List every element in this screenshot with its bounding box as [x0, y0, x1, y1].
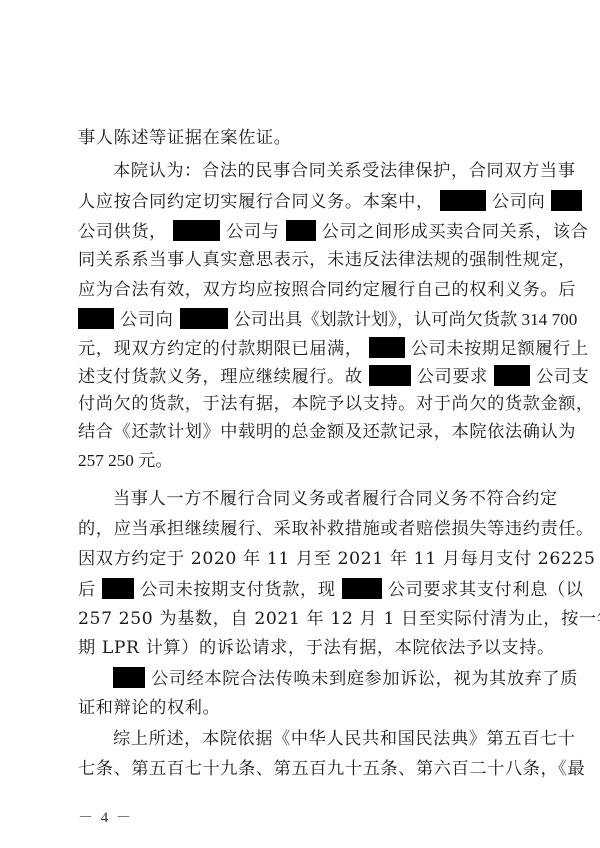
line-text: 公司供货， [78, 222, 167, 242]
line-text: 当事人一方不履行合同义务或者履行合同义务不符合约定 [113, 489, 558, 509]
line-text: 因双方约定于 2020 年 11 月至 2021 年 11 月每月支付 2622… [78, 549, 600, 569]
redaction-box [440, 190, 486, 211]
line-text: 人应按合同约定切实履行合同义务。本案中， [78, 192, 434, 212]
redaction-box [173, 220, 220, 241]
line-text: 公司未按期足额履行上 [411, 339, 589, 359]
text-line: 因双方约定于 2020 年 11 月至 2021 年 11 月每月支付 2622… [78, 548, 524, 570]
line-text: 公司出具《划款计划》，认可尚欠货款 314 700 [234, 310, 578, 329]
line-text: 事人陈述等证据在案佐证。 [78, 128, 291, 148]
text-line: 付尚欠的货款，于法有据，本院予以支持。对于尚欠的货款金额， [78, 393, 524, 415]
text-line: 事人陈述等证据在案佐证。 [78, 127, 524, 149]
text-line: 人应按合同约定切实履行合同义务。本案中， 公司向 [78, 190, 524, 212]
text-line: 公司向 公司出具《划款计划》，认可尚欠货款 314 700 [78, 308, 524, 330]
line-text: 结合《还款计划》中载明的总金额及还款记录，本院依法确认为 [78, 422, 576, 442]
line-text: 应为合法有效，双方均应按照合同约定履行自己的权利义务。后 [78, 280, 576, 300]
page-number: － 4 － [78, 806, 133, 827]
amount-text: 257 250 元。 [78, 451, 173, 470]
line-text: 公司经本院合法传唤未到庭参加诉讼，视为其放弃了质 [151, 669, 578, 689]
line-text: 本院认为：合法的民事合同关系受法律保护，合同双方当事 [113, 161, 575, 181]
paragraph-court-opinion-start: 本院认为：合法的民事合同关系受法律保护，合同双方当事 [113, 160, 524, 182]
line-text: 同关系系当事人真实意思表示，未违反法律法规的强制性规定， [78, 250, 576, 270]
text-line: 证和辩论的权利。 [78, 697, 524, 719]
line-text: 的，应当承担继续履行、采取补救措施或者赔偿损失等违约责任。 [78, 519, 594, 539]
line-text: 述支付货款义务，理应继续履行。故 [78, 367, 363, 387]
line-text: 公司向 [120, 310, 173, 330]
line-text: 付尚欠的货款，于法有据，本院予以支持。对于尚欠的货款金额， [78, 394, 594, 414]
text-line: 七条、第五百七十九条、第五百九十五条、第六百二十八条，《最 [78, 758, 524, 780]
redaction-box [113, 667, 145, 688]
text-line: 同关系系当事人真实意思表示，未违反法律法规的强制性规定， [78, 249, 524, 271]
redaction-box [494, 365, 530, 386]
redaction-box [78, 308, 114, 329]
line-text: 后 [78, 580, 96, 600]
line-text: 元，现双方约定的付款期限已届满， [78, 339, 363, 359]
text-line: 257 250 为基数，自 2021 年 12 月 1 日至实际付清为止，按一年 [78, 608, 524, 630]
line-text: 257 250 为基数，自 2021 年 12 月 1 日至实际付清为止，按一年 [78, 609, 600, 629]
line-text: 公司之间形成买卖合同关系，该合 [322, 222, 589, 242]
line-text: 公司支 [536, 367, 589, 387]
redaction-box [342, 578, 382, 599]
line-text: 公司向 [492, 192, 545, 212]
text-line: 述支付货款义务，理应继续履行。故 公司要求 公司支 [78, 365, 524, 387]
text-line: 应为合法有效，双方均应按照合同约定履行自己的权利义务。后 [78, 279, 524, 301]
text-line: 的，应当承担继续履行、采取补救措施或者赔偿损失等违约责任。 [78, 518, 524, 540]
redaction-box [180, 308, 228, 329]
redaction-box [369, 365, 411, 386]
line-text: 七条、第五百七十九条、第五百九十五条、第六百二十八条，《最 [78, 759, 585, 779]
text-line: 后 公司未按期支付货款，现 公司要求其支付利息（以 [78, 578, 524, 600]
line-text: 证和辩论的权利。 [78, 698, 220, 718]
redaction-box [286, 220, 316, 241]
text-line: 公司供货， 公司与 公司之间形成买卖合同关系，该合 [78, 220, 524, 242]
document-page: 事人陈述等证据在案佐证。 本院认为：合法的民事合同关系受法律保护，合同双方当事 … [0, 0, 600, 848]
line-text: 公司未按期支付货款，现 [140, 580, 336, 600]
text-line: 257 250 元。 [78, 450, 524, 472]
text-line: 期 LPR 计算）的诉讼请求，于法有据，本院依法予以支持。 [78, 637, 524, 659]
paragraph-liability-start: 当事人一方不履行合同义务或者履行合同义务不符合约定 [113, 488, 524, 510]
line-text: 期 LPR 计算）的诉讼请求，于法有据，本院依法予以支持。 [78, 638, 555, 658]
text-line: 元，现双方约定的付款期限已届满， 公司未按期足额履行上 [78, 337, 524, 359]
line-text: 公司要求 [417, 367, 488, 387]
line-text: 公司与 [226, 222, 279, 242]
redaction-box [102, 578, 134, 599]
paragraph-default-appearance: 公司经本院合法传唤未到庭参加诉讼，视为其放弃了质 [113, 667, 524, 689]
text-line: 结合《还款计划》中载明的总金额及还款记录，本院依法确认为 [78, 421, 524, 443]
redaction-box [369, 337, 405, 358]
redaction-box [551, 190, 582, 211]
paragraph-conclusion-start: 综上所述，本院依据《中华人民共和国民法典》第五百七十 [113, 728, 524, 750]
line-text: 综上所述，本院依据《中华人民共和国民法典》第五百七十 [113, 729, 575, 749]
line-text: 公司要求其支付利息（以 [388, 580, 584, 600]
